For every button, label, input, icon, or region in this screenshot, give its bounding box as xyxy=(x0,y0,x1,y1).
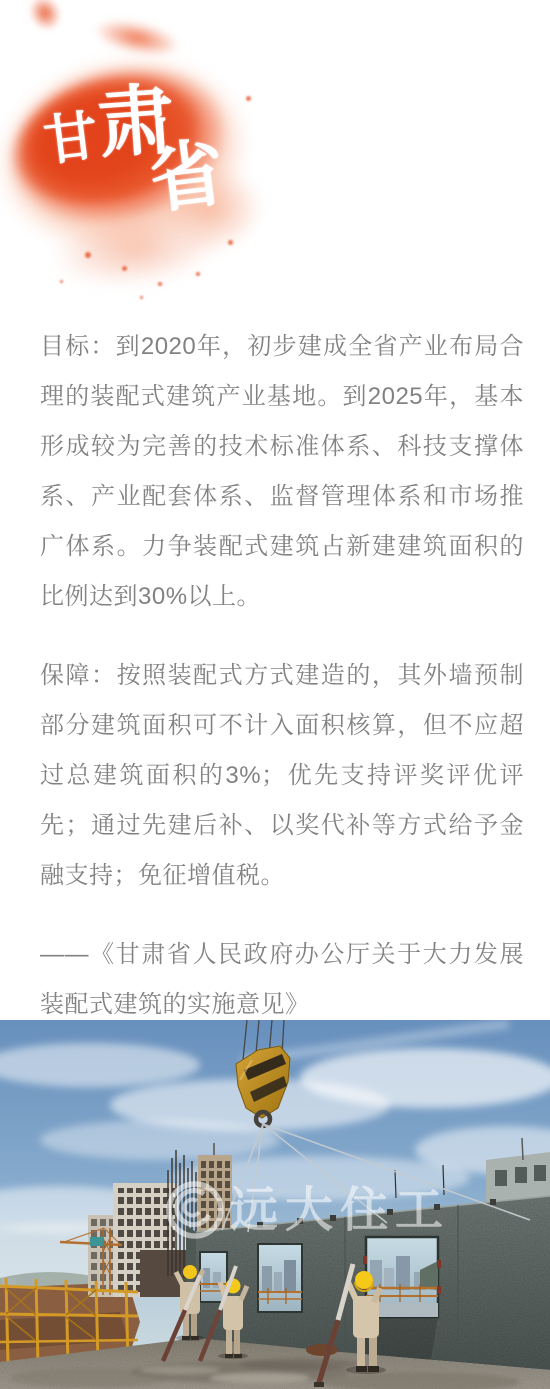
attribution-line: ——《甘肃省人民政府办公厅关于大力发展装配式建筑的实施意见》 xyxy=(40,930,524,1030)
construction-photo: 远大住工 xyxy=(0,1020,550,1389)
watermark-text: 远大住工 xyxy=(230,1184,450,1237)
splash-speckle xyxy=(196,272,200,276)
paragraph-guarantee: 保障：按照装配式方式建造的，其外墙预制部分建筑面积可不计入面积核算，但不应超过总… xyxy=(40,651,524,901)
splash-speckle xyxy=(85,252,91,258)
splash-speckle xyxy=(60,280,63,283)
paragraph-goal: 目标：到2020年，初步建成全省产业布局合理的装配式建筑产业基地。到2025年，… xyxy=(40,322,524,622)
article-body: 目标：到2020年，初步建成全省产业布局合理的装配式建筑产业基地。到2025年，… xyxy=(40,322,524,1059)
splash-speckle xyxy=(122,266,127,271)
splash-speckle xyxy=(228,240,233,245)
splash-speckle xyxy=(158,282,162,286)
splash-speckle xyxy=(140,296,143,299)
title-char-gan: 甘 xyxy=(41,109,101,169)
debris-pile xyxy=(306,1344,338,1356)
poster-page: 甘 肃 省 目标：到2020年，初步建成全省产业布局合理的装配式建筑产业基地。到… xyxy=(0,0,550,1389)
window-opening-2 xyxy=(258,1244,302,1312)
ink-splash-title: 甘 肃 省 xyxy=(0,0,310,315)
title-char-sheng: 省 xyxy=(146,136,228,218)
splash-speckle xyxy=(246,96,251,101)
